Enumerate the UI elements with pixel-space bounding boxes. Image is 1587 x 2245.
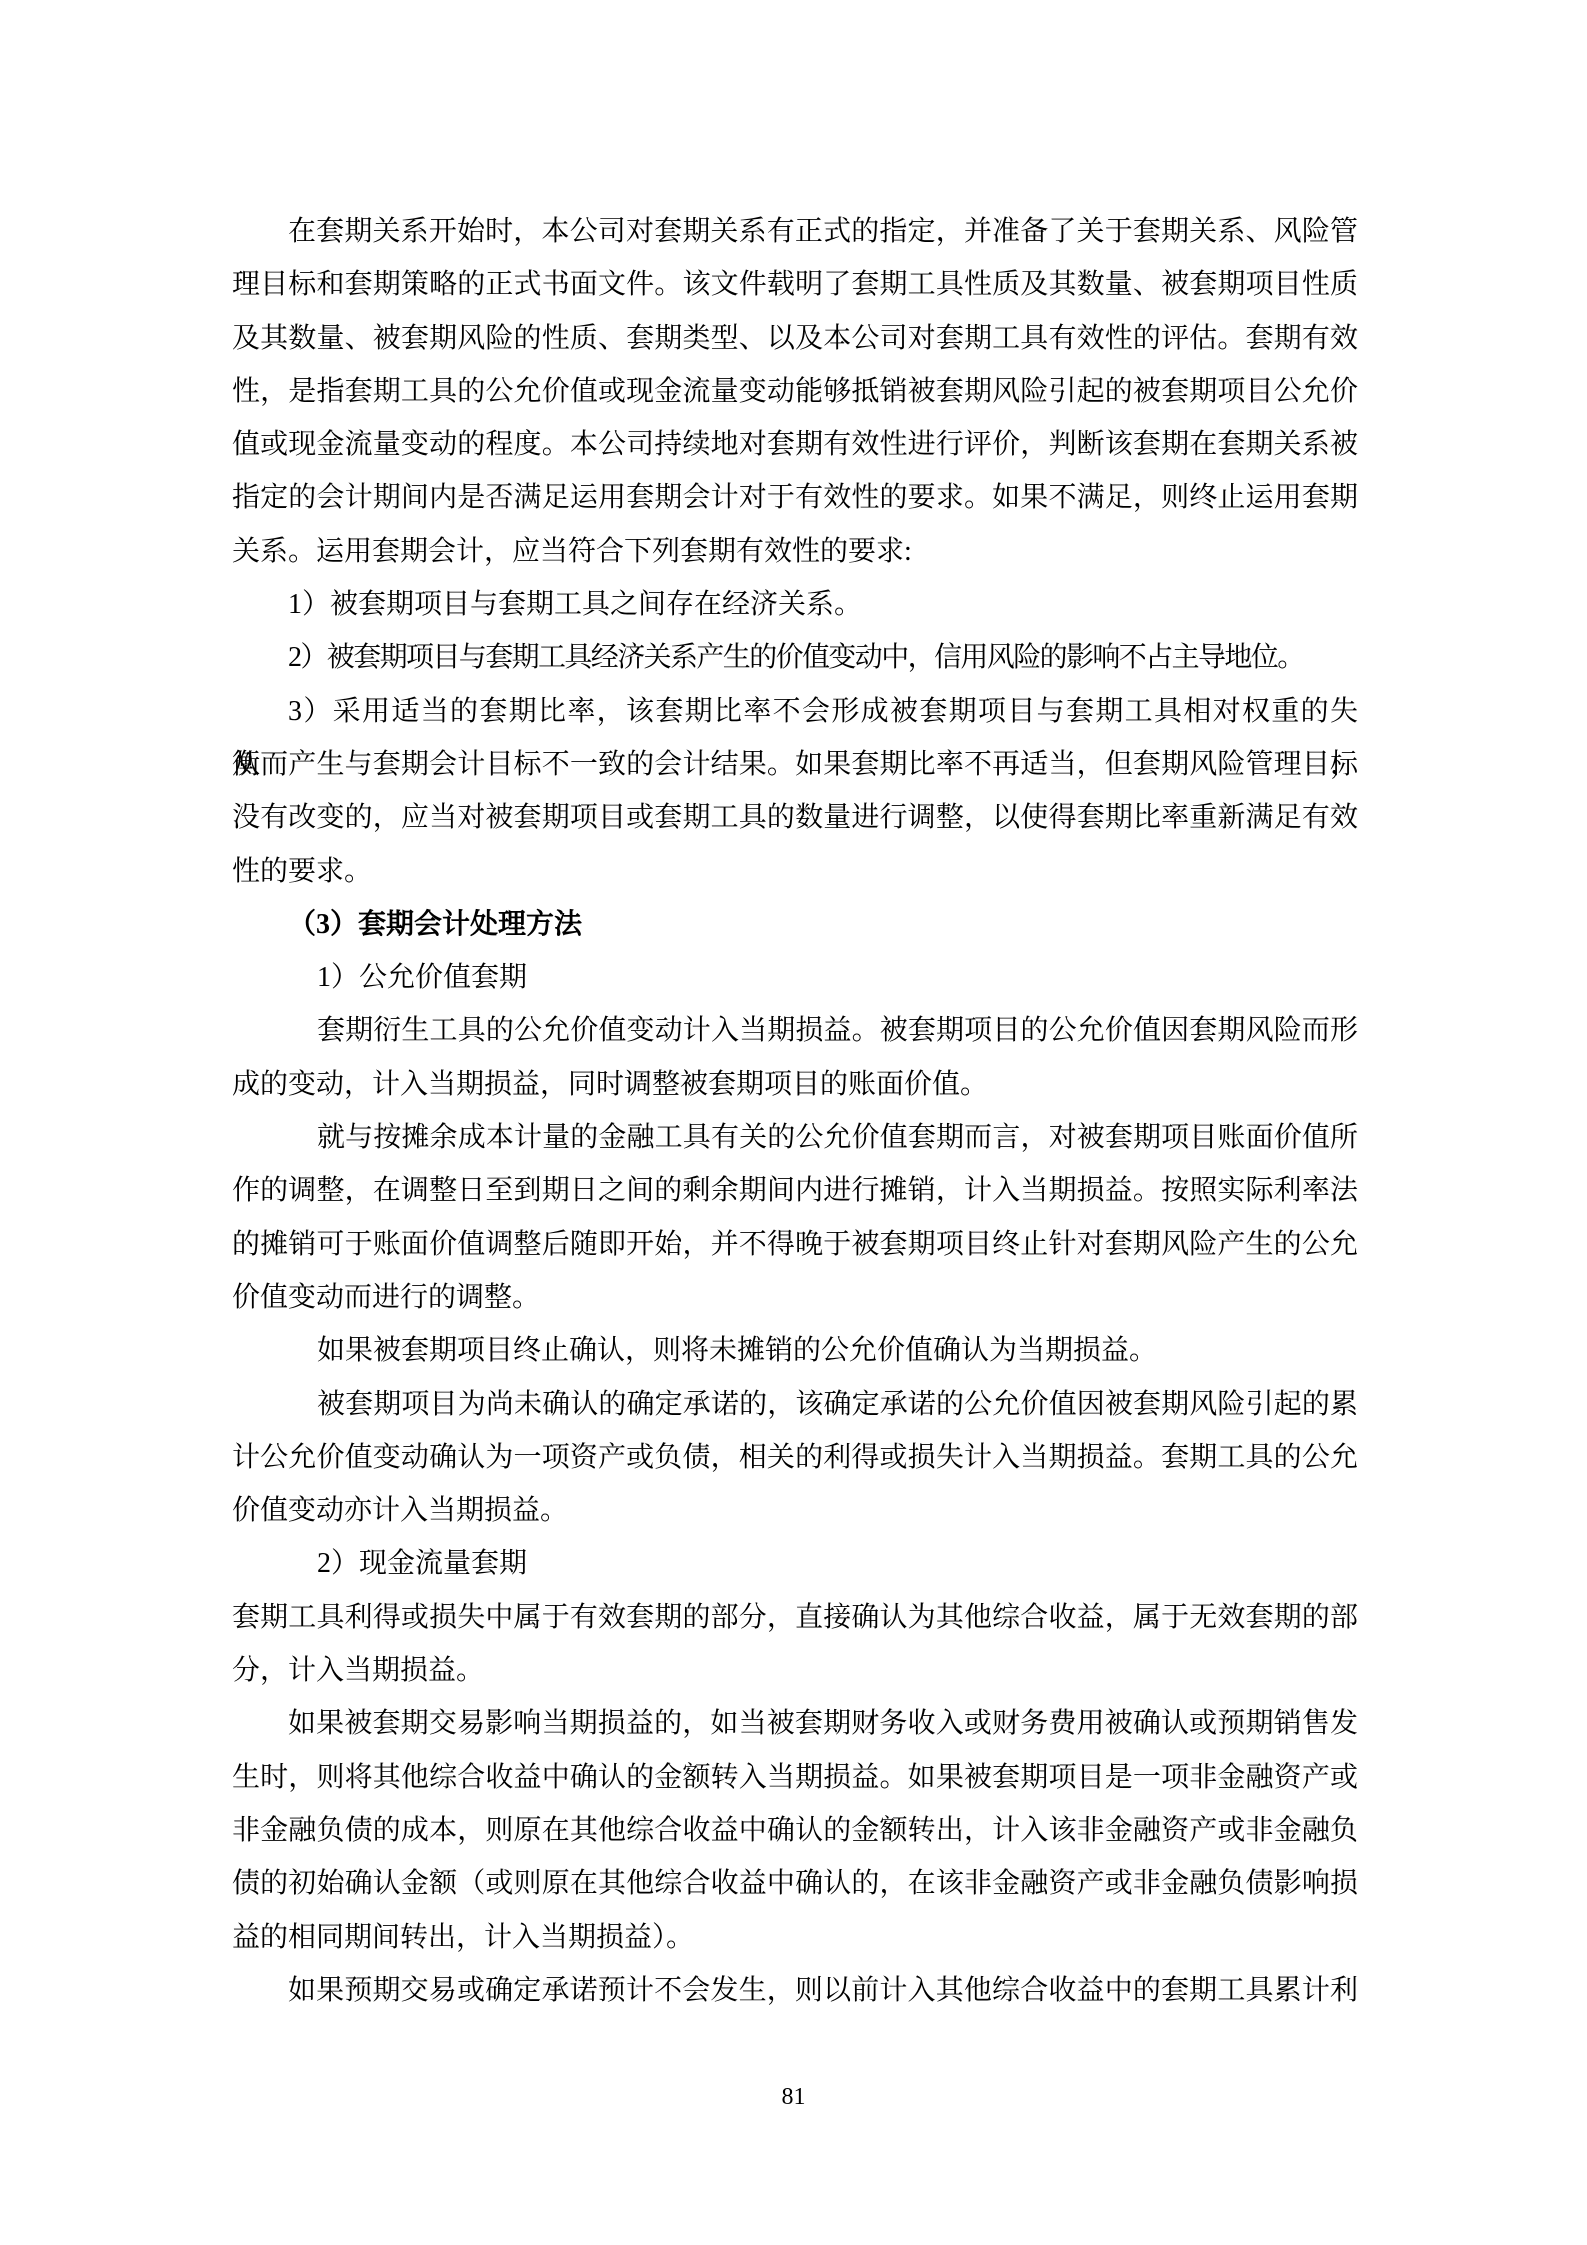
document-page: 在套期关系开始时，本公司对套期关系有正式的指定，并准备了关于套期关系、风险管理目… [0, 0, 1587, 2245]
para-cash-flow-hedge-reclassification: 如果被套期交易影响当期损益的，如当被套期财务收入或财务费用被确认或预期销售发生时… [232, 1697, 1358, 1963]
text-line: 3）采用适当的套期比率，该套期比率不会形成被套期项目与套期工具相对权重的失衡， [232, 685, 1358, 738]
text-line: 如果预期交易或确定承诺预计不会发生，则以前计入其他综合收益中的套期工具累计利 [232, 1964, 1358, 2017]
para-hedge-designation: 在套期关系开始时，本公司对套期关系有正式的指定，并准备了关于套期关系、风险管理目… [232, 205, 1358, 578]
text-line: 套期衍生工具的公允价值变动计入当期损益。被套期项目的公允价值因套期风险而形 [232, 1004, 1358, 1057]
para-amortised-cost-adjustment: 就与按摊余成本计量的金融工具有关的公允价值套期而言，对被套期项目账面价值所作的调… [232, 1111, 1358, 1324]
text-line: 价值变动而进行的调整。 [232, 1271, 1358, 1324]
text-line: 作的调整，在调整日至到期日之间的剩余期间内进行摊销，计入当期损益。按照实际利率法 [232, 1164, 1358, 1217]
text-line: 益的相同期间转出，计入当期损益）。 [232, 1911, 1358, 1964]
text-line: 及其数量、被套期风险的性质、套期类型、以及本公司对套期工具有效性的评估。套期有效 [232, 312, 1358, 365]
text-line: 2）被套期项目与套期工具经济关系产生的价值变动中，信用风险的影响不占主导地位。 [232, 631, 1358, 684]
para-cash-flow-hedge-effective-portion: 套期工具利得或损失中属于有效套期的部分，直接确认为其他综合收益，属于无效套期的部… [232, 1591, 1358, 1698]
text-line: 值或现金流量变动的程度。本公司持续地对套期有效性进行评价，判断该套期在套期关系被 [232, 418, 1358, 471]
text-line: 分，计入当期损益。 [232, 1644, 1358, 1697]
text-line: 2）现金流量套期 [232, 1537, 1358, 1590]
text-line: 生时，则将其他综合收益中确认的金额转入当期损益。如果被套期项目是一项非金融资产或 [232, 1751, 1358, 1804]
text-line: 指定的会计期间内是否满足运用套期会计对于有效性的要求。如果不满足，则终止运用套期 [232, 471, 1358, 524]
para-fair-value-hedge-gains: 套期衍生工具的公允价值变动计入当期损益。被套期项目的公允价值因套期风险而形成的变… [232, 1004, 1358, 1111]
document-body: 在套期关系开始时，本公司对套期关系有正式的指定，并准备了关于套期关系、风险管理目… [232, 205, 1358, 2017]
text-line: 债的初始确认金额（或则原在其他综合收益中确认的，在该非金融资产或非金融负债影响损 [232, 1857, 1358, 1910]
para-firm-commitment: 被套期项目为尚未确认的确定承诺的，该确定承诺的公允价值因被套期风险引起的累计公允… [232, 1378, 1358, 1538]
text-line: 套期工具利得或损失中属于有效套期的部分，直接确认为其他综合收益，属于无效套期的部 [232, 1591, 1358, 1644]
text-line: 就与按摊余成本计量的金融工具有关的公允价值套期而言，对被套期项目账面价值所 [232, 1111, 1358, 1164]
text-line: 性的要求。 [232, 845, 1358, 898]
text-line: 理目标和套期策略的正式书面文件。该文件载明了套期工具性质及其数量、被套期项目性质 [232, 258, 1358, 311]
subheading-cash-flow-hedge: 2）现金流量套期 [232, 1537, 1358, 1590]
text-line: 成的变动，计入当期损益，同时调整被套期项目的账面价值。 [232, 1058, 1358, 1111]
subheading-fair-value-hedge: 1）公允价值套期 [232, 951, 1358, 1004]
text-line: 没有改变的，应当对被套期项目或套期工具的数量进行调整，以使得套期比率重新满足有效 [232, 791, 1358, 844]
list-item-2-credit-risk: 2）被套期项目与套期工具经济关系产生的价值变动中，信用风险的影响不占主导地位。 [232, 631, 1358, 684]
heading-hedge-accounting-treatment: （3）套期会计处理方法 [232, 898, 1358, 951]
text-line: 计公允价值变动确认为一项资产或负债，相关的利得或损失计入当期损益。套期工具的公允 [232, 1431, 1358, 1484]
text-line: 的摊销可于账面价值调整后随即开始，并不得晚于被套期项目终止针对套期风险产生的公允 [232, 1218, 1358, 1271]
text-line: 1）被套期项目与套期工具之间存在经济关系。 [232, 578, 1358, 631]
para-forecast-transaction-not-occur: 如果预期交易或确定承诺预计不会发生，则以前计入其他综合收益中的套期工具累计利 [232, 1964, 1358, 2017]
para-derecognition: 如果被套期项目终止确认，则将未摊销的公允价值确认为当期损益。 [232, 1324, 1358, 1377]
text-line: 价值变动亦计入当期损益。 [232, 1484, 1358, 1537]
text-line: 非金融负债的成本，则原在其他综合收益中确认的金额转出，计入该非金融资产或非金融负 [232, 1804, 1358, 1857]
text-line: 如果被套期项目终止确认，则将未摊销的公允价值确认为当期损益。 [232, 1324, 1358, 1377]
text-line: 关系。运用套期会计，应当符合下列套期有效性的要求: [232, 525, 1358, 578]
heading-line: （3）套期会计处理方法 [232, 898, 1358, 951]
text-line: 性，是指套期工具的公允价值或现金流量变动能够抵销被套期风险引起的被套期项目公允价 [232, 365, 1358, 418]
text-line: 在套期关系开始时，本公司对套期关系有正式的指定，并准备了关于套期关系、风险管 [232, 205, 1358, 258]
text-line: 被套期项目为尚未确认的确定承诺的，该确定承诺的公允价值因被套期风险引起的累 [232, 1378, 1358, 1431]
page-number: 81 [0, 2082, 1587, 2112]
text-line: 如果被套期交易影响当期损益的，如当被套期财务收入或财务费用被确认或预期销售发 [232, 1697, 1358, 1750]
text-line: 从而产生与套期会计目标不一致的会计结果。如果套期比率不再适当，但套期风险管理目标 [232, 738, 1358, 791]
list-item-3-hedge-ratio: 3）采用适当的套期比率，该套期比率不会形成被套期项目与套期工具相对权重的失衡，从… [232, 685, 1358, 898]
text-line: 1）公允价值套期 [232, 951, 1358, 1004]
list-item-1-economic-relationship: 1）被套期项目与套期工具之间存在经济关系。 [232, 578, 1358, 631]
